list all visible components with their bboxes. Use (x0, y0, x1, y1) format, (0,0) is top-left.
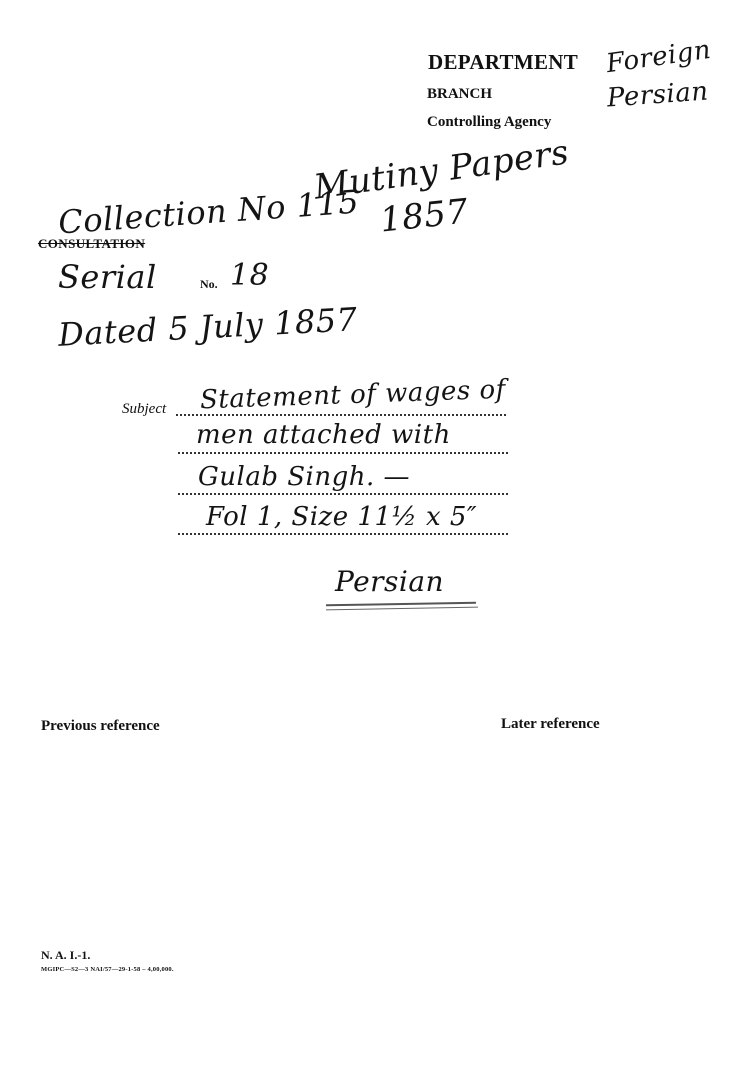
print-code: MGIPC—S2—3 NAI/57—29-1-58 – 4,00,000. (41, 966, 174, 973)
previous-reference-label: Previous reference (41, 718, 160, 735)
subject-line: Gulab Singh. — (198, 462, 410, 492)
form-id: N. A. I.-1. (41, 948, 90, 963)
serial-prefix: Serial (58, 258, 157, 296)
controlling-agency-label: Controlling Agency (427, 114, 551, 131)
subject-line: Statement of wages of (200, 375, 507, 416)
subject-dotted-line (178, 493, 508, 495)
department-value: Foreign (604, 35, 712, 79)
language-underline (326, 607, 478, 611)
subject-label: Subject (122, 401, 166, 418)
subject-line: men attached with (196, 420, 451, 450)
later-reference-label: Later reference (501, 716, 600, 733)
collection-number: Collection No 115 (57, 183, 360, 242)
department-label: DEPARTMENT (428, 50, 578, 75)
subject-dotted-line (178, 533, 508, 535)
language-underline (326, 602, 476, 607)
record-year: 1857 (378, 191, 470, 240)
branch-label: BRANCH (427, 86, 492, 103)
consultation-label-struck: CONSULTATION (38, 236, 145, 252)
language-value: Persian (335, 565, 444, 598)
subject-line: Fol 1, Size 11½ x 5″ (206, 502, 477, 532)
branch-value: Persian (606, 76, 709, 113)
serial-no-label: No. (200, 277, 218, 292)
dated-value: Dated 5 July 1857 (57, 300, 358, 354)
serial-number: 18 (230, 258, 269, 293)
subject-dotted-line (178, 452, 508, 454)
